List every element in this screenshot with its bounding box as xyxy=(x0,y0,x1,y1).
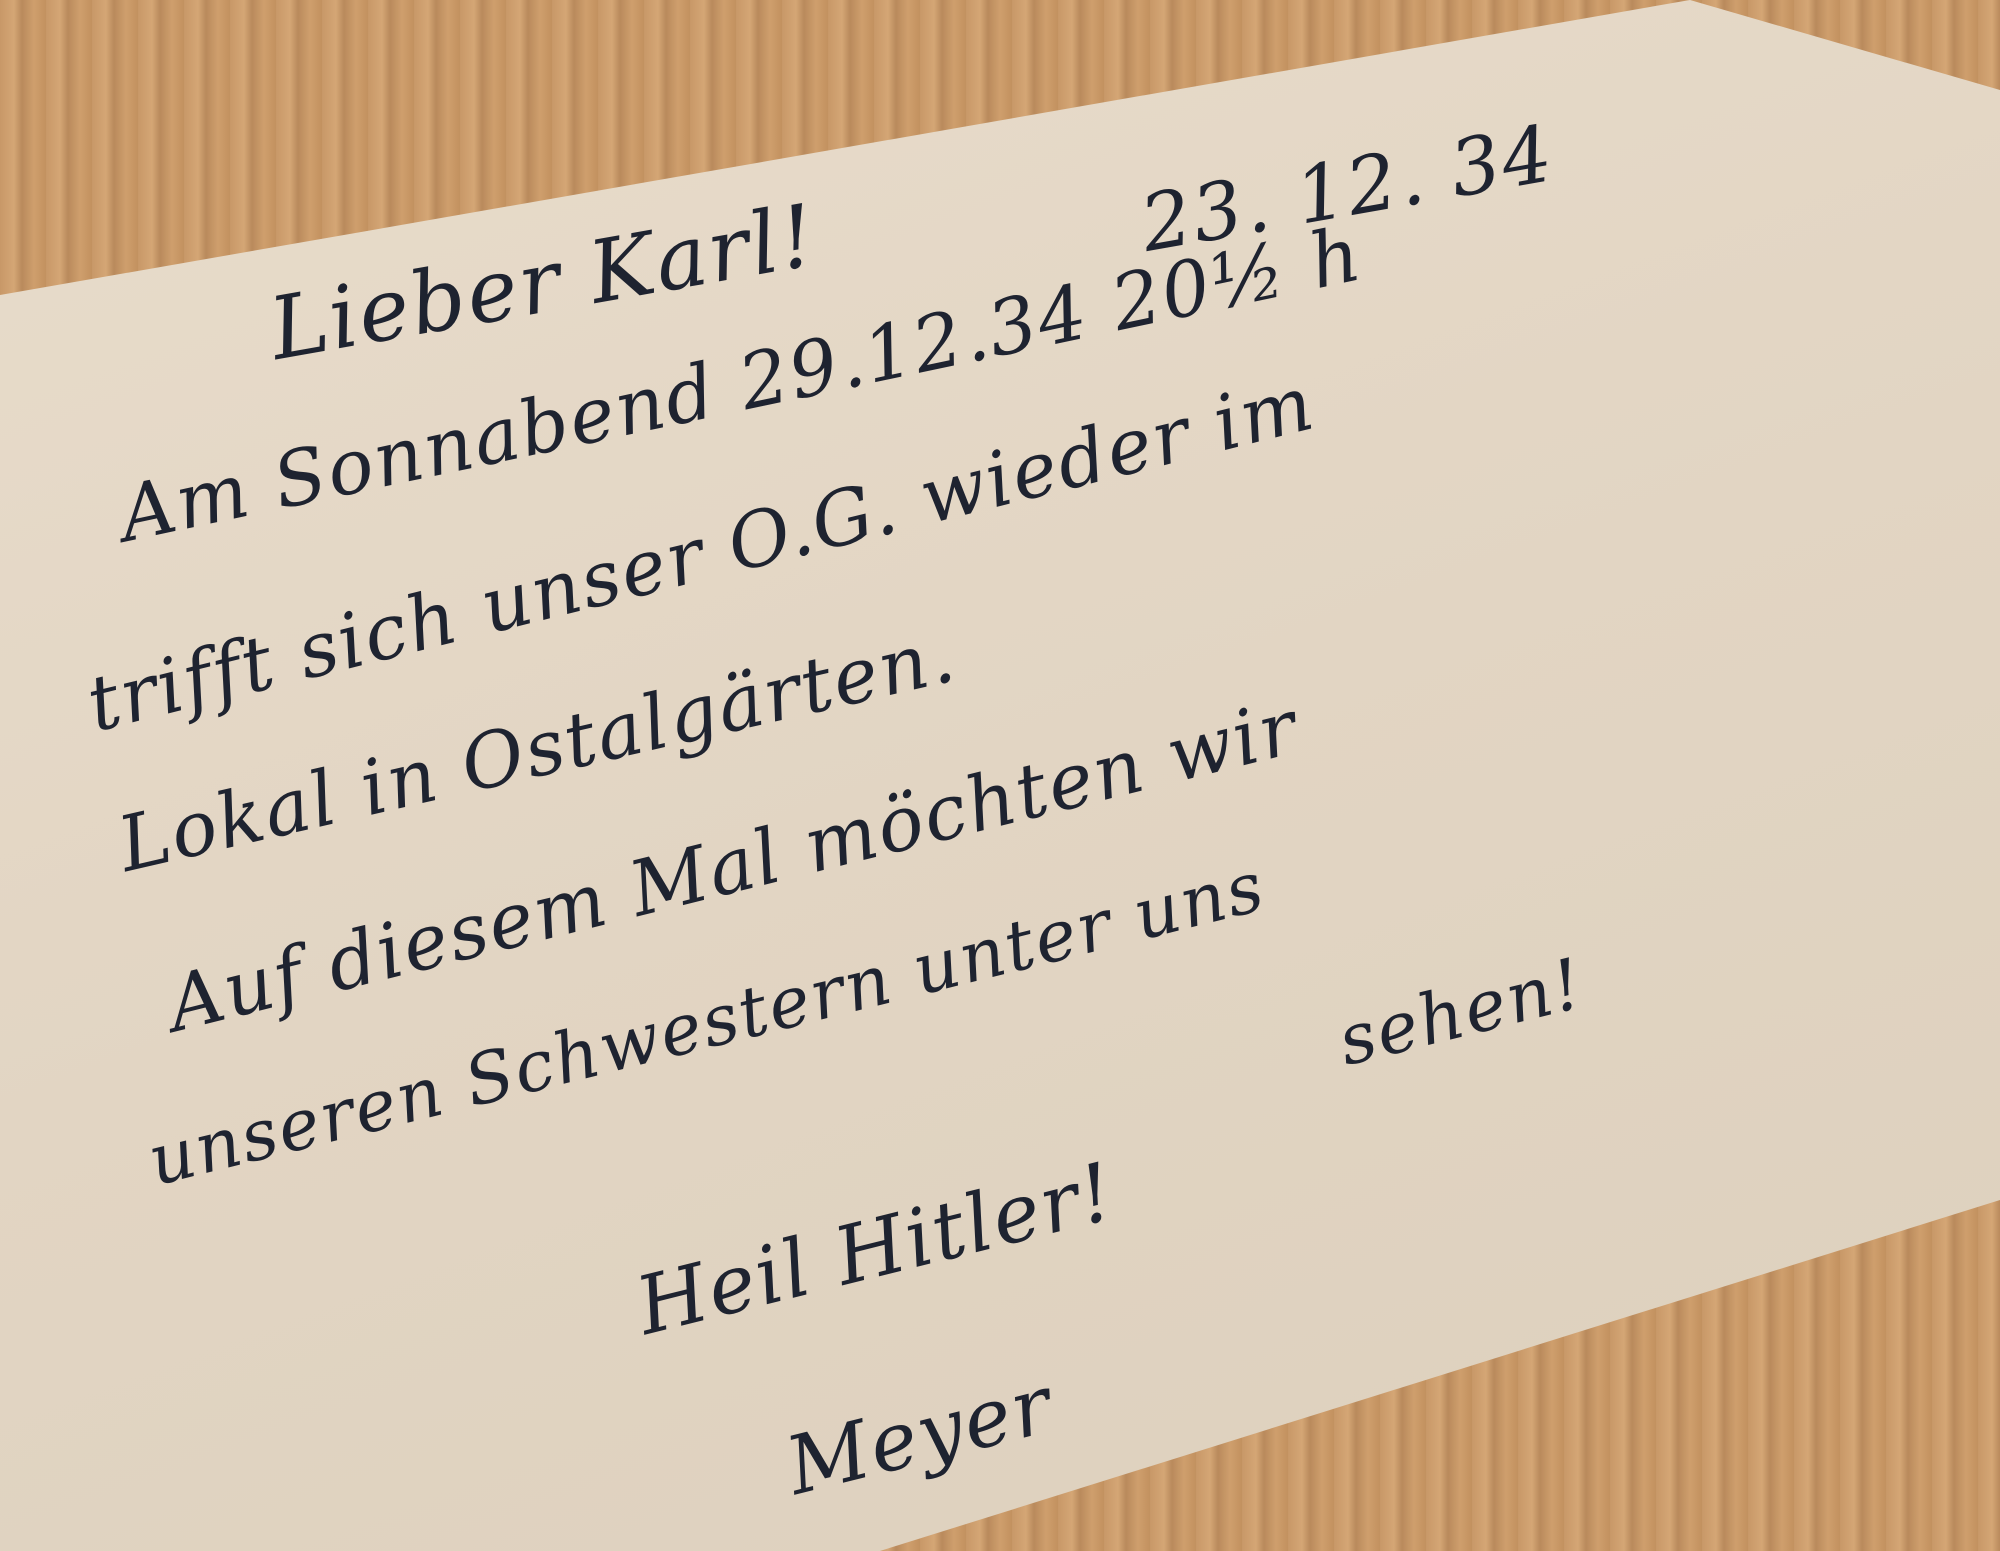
body-line-6: sehen! xyxy=(1330,942,1592,1082)
postcard: 23. 12. 34 Lieber Karl! Am Sonnabend 29.… xyxy=(0,0,2000,1551)
signature: Meyer xyxy=(778,1357,1063,1513)
closing: Heil Hitler! xyxy=(628,1145,1125,1353)
